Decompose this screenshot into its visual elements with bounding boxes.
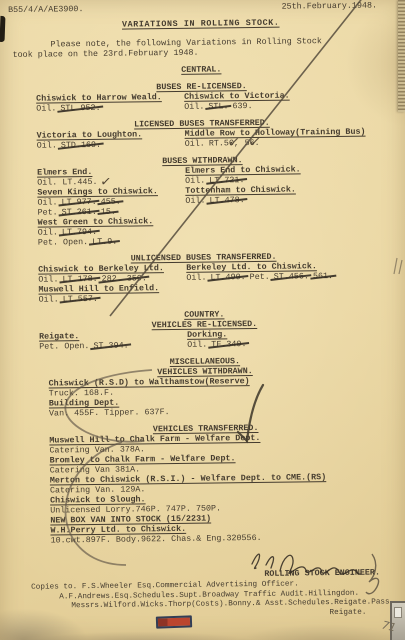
licensed-rows: Victoria to Loughton. Oil.STD.169. Middl…: [10, 126, 395, 151]
struck-fleet-number: 282. 359.: [102, 273, 147, 284]
withdrawn-rows: Elmers End. Oil. LT.445.✓ Seven Kings to…: [10, 163, 396, 248]
fuel-type: Pet.: [37, 207, 57, 217]
fleet-entry: Oil.STL 952.: [36, 102, 184, 114]
relicensed-left: Chiswick to Harrow Weald. Oil.STL 952.: [9, 92, 184, 114]
memo-date: 25th.February.1948.: [281, 0, 377, 11]
country-rows: Reigate. Pet. Open.ST.394. Dorking. Oil.…: [12, 327, 397, 352]
country-left: Reigate. Pet. Open.ST.394.: [12, 330, 187, 352]
fuel-type: Oil.: [37, 140, 57, 150]
unlicensed-right: Berkeley Ltd. to Chiswick. Oil.LT.490.Pe…: [186, 260, 396, 303]
fleet-entry: Oil.STL.639.: [184, 99, 394, 112]
struck-fleet-number: 15.: [101, 207, 116, 217]
fuel-type: Pet.: [250, 272, 270, 282]
fleet-entry: Oil.LT.490.Pet.ST.456.561.: [186, 270, 396, 283]
struck-fleet-number: 455.: [101, 197, 121, 207]
struck-fleet-number: 561.: [313, 271, 333, 281]
struck-fleet-number: ST.261.: [62, 207, 97, 217]
struck-fleet-number: LT.794.: [62, 227, 97, 237]
fuel-type: Oil.: [37, 197, 57, 207]
unlicensed-rows: Chiswick to Berkeley Ltd. Oil.LT.178.282…: [11, 260, 396, 305]
struck-fleet-number: ST.394.: [93, 341, 128, 351]
struck-fleet-number: LT.721.: [209, 175, 244, 185]
struck-fleet-number: LT.490.: [210, 272, 245, 282]
struck-fleet-number: ST.456.: [274, 271, 309, 281]
struck-fleet-number: LT.178.: [62, 274, 97, 284]
struck-fleet-number: STL 952.: [60, 103, 100, 113]
check-icon: ✓: [101, 182, 112, 183]
fleet-entry: Oil.LT.478.: [185, 193, 395, 206]
document-title: VARIATIONS IN ROLLING STOCK.: [8, 16, 393, 31]
fuel-type: Oil.: [187, 340, 207, 350]
memo-header: B55/4/A/AE3900. 25th.February.1948.: [8, 0, 393, 15]
adjacent-page-edge: [398, 0, 405, 112]
fleet-entry: Oil.LT.557.: [39, 293, 187, 305]
misc-block: Chiswick (R.S.D) to Walthamstow(Reserve)…: [13, 374, 398, 419]
withdrawn-right: Elmers End to Chiswick. Oil.LT.721. Tott…: [185, 163, 396, 246]
licensed-right: Middle Row to Holloway(Training Bus) Oil…: [185, 126, 395, 149]
fuel-type: Oil.: [185, 196, 205, 206]
fleet-entry: Pet. Open.LT.9.: [38, 236, 186, 248]
fleet-entry: Oil.STD.169.: [37, 139, 185, 151]
struck-fleet-number: TF.340.: [211, 339, 246, 349]
left-edge-ink-mark: [0, 16, 5, 42]
memo-content: B55/4/A/AE3900. 25th.February.1948. VARI…: [8, 0, 401, 622]
transferred-block: Muswell Hill to Chalk Farm - Welfare Dep…: [13, 431, 399, 546]
struck-fleet-number: LT.9.: [92, 237, 117, 247]
fuel-type: Pet. Open.: [38, 237, 88, 248]
fuel-type: Oil.: [38, 274, 58, 284]
withdrawn-left: Elmers End. Oil. LT.445.✓ Seven Kings to…: [10, 166, 186, 248]
check-icon: ✓: [228, 141, 240, 143]
country-right: Dorking. Oil.TF.340.: [187, 327, 397, 350]
fleet-entry: Pet. Open.ST.394.: [39, 340, 187, 352]
fuel-type: Oil.: [185, 176, 205, 186]
fuel-type: Oil.: [185, 139, 205, 149]
reference-number: B55/4/A/AE3900.: [8, 4, 84, 15]
fuel-type: Oil.: [36, 103, 56, 113]
copies-list: Copies to. F.S.Wheeler Esq.Commercial Ad…: [15, 579, 400, 622]
fuel-type: Oil.: [184, 102, 204, 112]
fleet-entry: Oil.RT.50,✓56.✓: [185, 136, 395, 149]
signatory-title: ROLLING STOCK ENGINEER.: [264, 567, 400, 579]
relicensed-right: Chiswick to Victoria. Oil.STL.639.: [184, 89, 394, 112]
fuel-type: Oil.: [39, 294, 59, 304]
scanned-memo-page: B55/4/A/AE3900. 25th.February.1948. VARI…: [0, 0, 405, 640]
fleet-entry: Oil.TF.340.: [187, 337, 397, 350]
struck-fleet-number: STL.: [208, 101, 228, 111]
struck-fleet-number: LT.977.: [61, 197, 96, 207]
fuel-type: Oil.: [38, 227, 58, 237]
struck-fleet-number: STD.169.: [61, 140, 101, 150]
fleet-number: 639.: [232, 101, 252, 111]
check-icon: ✓: [249, 141, 261, 143]
struck-fleet-number: LT.557.: [63, 294, 98, 304]
unlicensed-left: Chiswick to Berkeley Ltd. Oil.LT.178.282…: [11, 263, 186, 305]
section-central: CENTRAL.: [9, 62, 394, 77]
struck-fleet-number: LT.478.: [209, 195, 244, 205]
licensed-left: Victoria to Loughton. Oil.STD.169.: [10, 129, 185, 151]
fuel-type: Oil.: [186, 273, 206, 283]
relicensed-rows: Chiswick to Harrow Weald. Oil.STL 952. C…: [9, 89, 394, 114]
intro-paragraph: Please note, the following Variations in…: [8, 35, 393, 60]
fuel-type: Pet. Open.: [39, 341, 89, 352]
red-sticker: [156, 615, 192, 628]
